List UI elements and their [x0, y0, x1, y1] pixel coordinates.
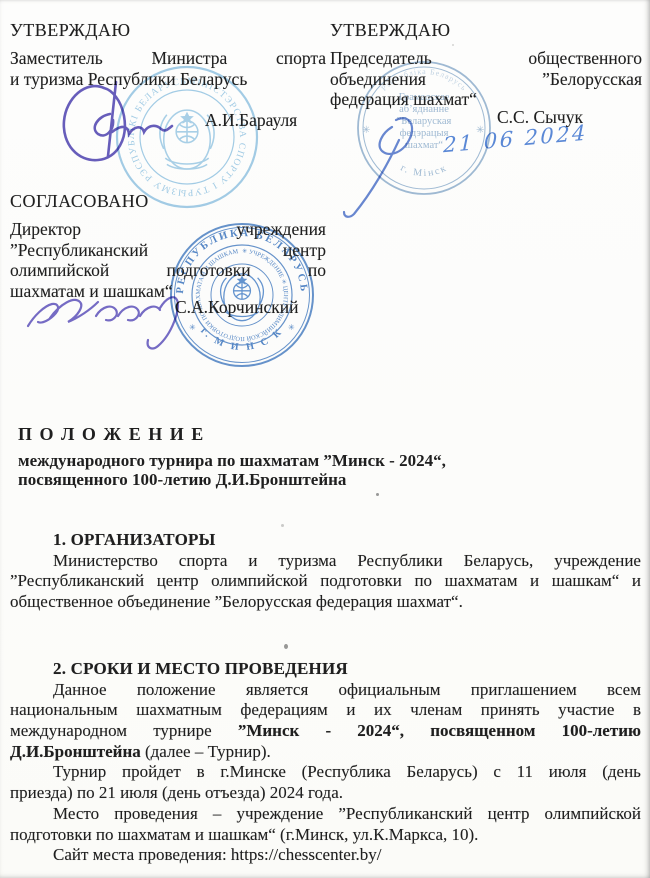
text-line: Местопроведения–учреждение”Республиканск…: [10, 804, 641, 825]
approval-right-body: Председательобщественногообъединения”Бел…: [330, 48, 642, 110]
text-line: международномтурнире”Минск-2024“,посвяще…: [10, 721, 641, 742]
section-2-heading: 2. СРОКИ И МЕСТО ПРОВЕДЕНИЯ: [10, 659, 641, 680]
scanned-document-page: МІНІСТЭРСТВА СПОРТУ І ТУРЫЗМУ РЭСПУБЛІКІ…: [0, 0, 650, 878]
text-line: объединения”Белорусская: [330, 69, 642, 90]
approval-left-heading: УТВЕРЖДАЮ: [10, 19, 326, 41]
olympic-stamp-star-right: ✳: [288, 323, 295, 332]
handwritten-date: 21 06 2024: [440, 124, 640, 169]
signatory-baraulia: А.И.Барауля: [205, 110, 297, 131]
signature-baraulia: [58, 76, 183, 171]
text-line: ”Республиканскийцентр: [10, 240, 326, 261]
text-line: национальнымшахматнымфедерациямиихчленам…: [10, 700, 641, 721]
svg-text:21 06 2024: 21 06 2024: [442, 124, 588, 157]
text-line: приезда) по 21 июля (день отъезда) 2024 …: [10, 783, 641, 804]
text-line: МинистерствоспортаитуризмаРеспубликиБела…: [10, 551, 641, 572]
agreed-heading: СОГЛАСОВАНО: [10, 190, 326, 212]
text-line: общественное объединение ”Белорусская фе…: [10, 592, 641, 613]
approval-right-heading: УТВЕРЖДАЮ: [330, 19, 642, 41]
document-title: П О Л О Ж Е Н И Е: [18, 424, 640, 444]
text-line: Турнирпройдетвг.Минске(РеспубликаБеларус…: [10, 762, 641, 783]
signature-sychuk: [336, 106, 451, 221]
text-line: ”Республиканскийцентролимпийскойподготов…: [10, 571, 641, 592]
text-line: ЗаместительМинистраспорта: [10, 48, 326, 69]
approval-block-right: УТВЕРЖДАЮ Председательобщественногообъед…: [330, 19, 642, 110]
text-line: Директоручреждения: [10, 219, 326, 240]
text-line: подготовки по шахматам и шашкам“ (г.Минс…: [10, 825, 641, 846]
document-subtitle-line2: посвященного 100-летию Д.И.Бронштейна: [18, 470, 640, 489]
section-1-heading: 1. ОРГАНИЗАТОРЫ: [10, 530, 641, 551]
text-line: Данноеположениеявляетсяофициальнымпригла…: [10, 680, 641, 701]
scan-speck: [284, 644, 288, 649]
section-1-paragraphs: МинистерствоспортаитуризмаРеспубликиБела…: [10, 551, 641, 613]
scan-speck: [452, 44, 454, 46]
section-organizers: 1. ОРГАНИЗАТОРЫ Министерствоспортаитуриз…: [10, 530, 641, 613]
scan-speck: [281, 524, 284, 527]
document-title-block: П О Л О Ж Е Н И Е международного турнира…: [18, 424, 640, 489]
section-dates-venue: 2. СРОКИ И МЕСТО ПРОВЕДЕНИЯ Данноеположе…: [10, 659, 641, 866]
text-line: Председательобщественного: [330, 48, 642, 69]
text-line: Д.И.Бронштейна (далее – Турнир).: [10, 742, 641, 763]
signature-korchinsky: [26, 278, 196, 358]
document-subtitle-line1: международного турнира по шахматам ”Минс…: [18, 451, 640, 470]
scan-speck: [376, 493, 379, 496]
text-line: Сайт места проведения: https://chesscent…: [10, 845, 641, 866]
section-2-paragraphs: Данноеположениеявляетсяофициальнымпригла…: [10, 680, 641, 866]
